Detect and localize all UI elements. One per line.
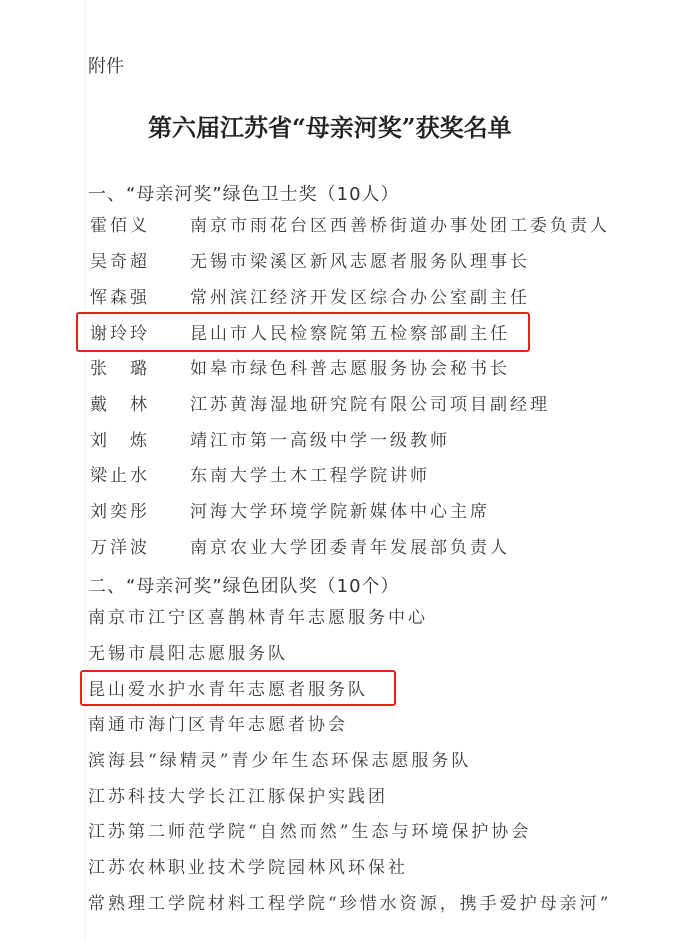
awardee-title: 南京市雨花台区西善桥街道办事处团工委负责人 [190, 214, 610, 238]
team-item: 江苏科技大学长江江豚保护实践团 [88, 785, 388, 809]
section-heading-green-guardian: 一、“母亲河奖”绿色卫士奖（10人） [88, 180, 400, 206]
awardee-name: 霍佰义 [90, 214, 170, 238]
attachment-label: 附件 [88, 52, 124, 78]
awardee-title: 常州滨江经济开发区综合办公室副主任 [190, 286, 530, 310]
awardee-name: 刘奕彤 [90, 500, 170, 524]
team-item: 常熟理工学院材料工程学院“珍惜水资源，携手爱护母亲河” [88, 892, 611, 916]
awardee-title: 靖江市第一高级中学一级教师 [190, 429, 450, 453]
team-item: 无锡市晨阳志愿服务队 [88, 642, 288, 666]
document-title: 第六届江苏省“母亲河奖”获奖名单 [148, 108, 512, 143]
highlight-box-awardee [76, 312, 530, 352]
awardee-title: 南京农业大学团委青年发展部负责人 [190, 536, 510, 560]
awardee-name: 戴 林 [90, 393, 170, 417]
awardee-title: 如皋市绿色科普志愿服务协会秘书长 [190, 357, 510, 381]
team-item: 南京市江宁区喜鹊林青年志愿服务中心 [88, 606, 428, 630]
awardee-name: 恽森强 [90, 286, 170, 310]
team-item: 南通市海门区青年志愿者协会 [88, 713, 348, 737]
awardee-name: 万洋波 [90, 536, 170, 560]
section-heading-green-team: 二、“母亲河奖”绿色团队奖（10个） [88, 572, 400, 598]
awardee-name: 梁止水 [90, 464, 170, 488]
page-fold-line [84, 0, 85, 941]
awardee-name: 吴奇超 [90, 250, 170, 274]
awardee-title: 江苏黄海湿地研究院有限公司项目副经理 [190, 393, 550, 417]
awardee-name: 刘 炼 [90, 429, 170, 453]
awardee-title: 河海大学环境学院新媒体中心主席 [190, 500, 490, 524]
awardee-name: 张 璐 [90, 357, 170, 381]
awardee-title: 无锡市梁溪区新风志愿者服务队理事长 [190, 250, 530, 274]
highlight-box-team [80, 670, 396, 706]
team-item: 江苏农林职业技术学院园林风环保社 [88, 856, 408, 880]
team-item: 江苏第二师范学院“自然而然”生态与环境保护协会 [88, 820, 531, 844]
awardee-title: 东南大学土木工程学院讲师 [190, 464, 430, 488]
team-item: 滨海县“绿精灵”青少年生态环保志愿服务队 [88, 749, 471, 773]
